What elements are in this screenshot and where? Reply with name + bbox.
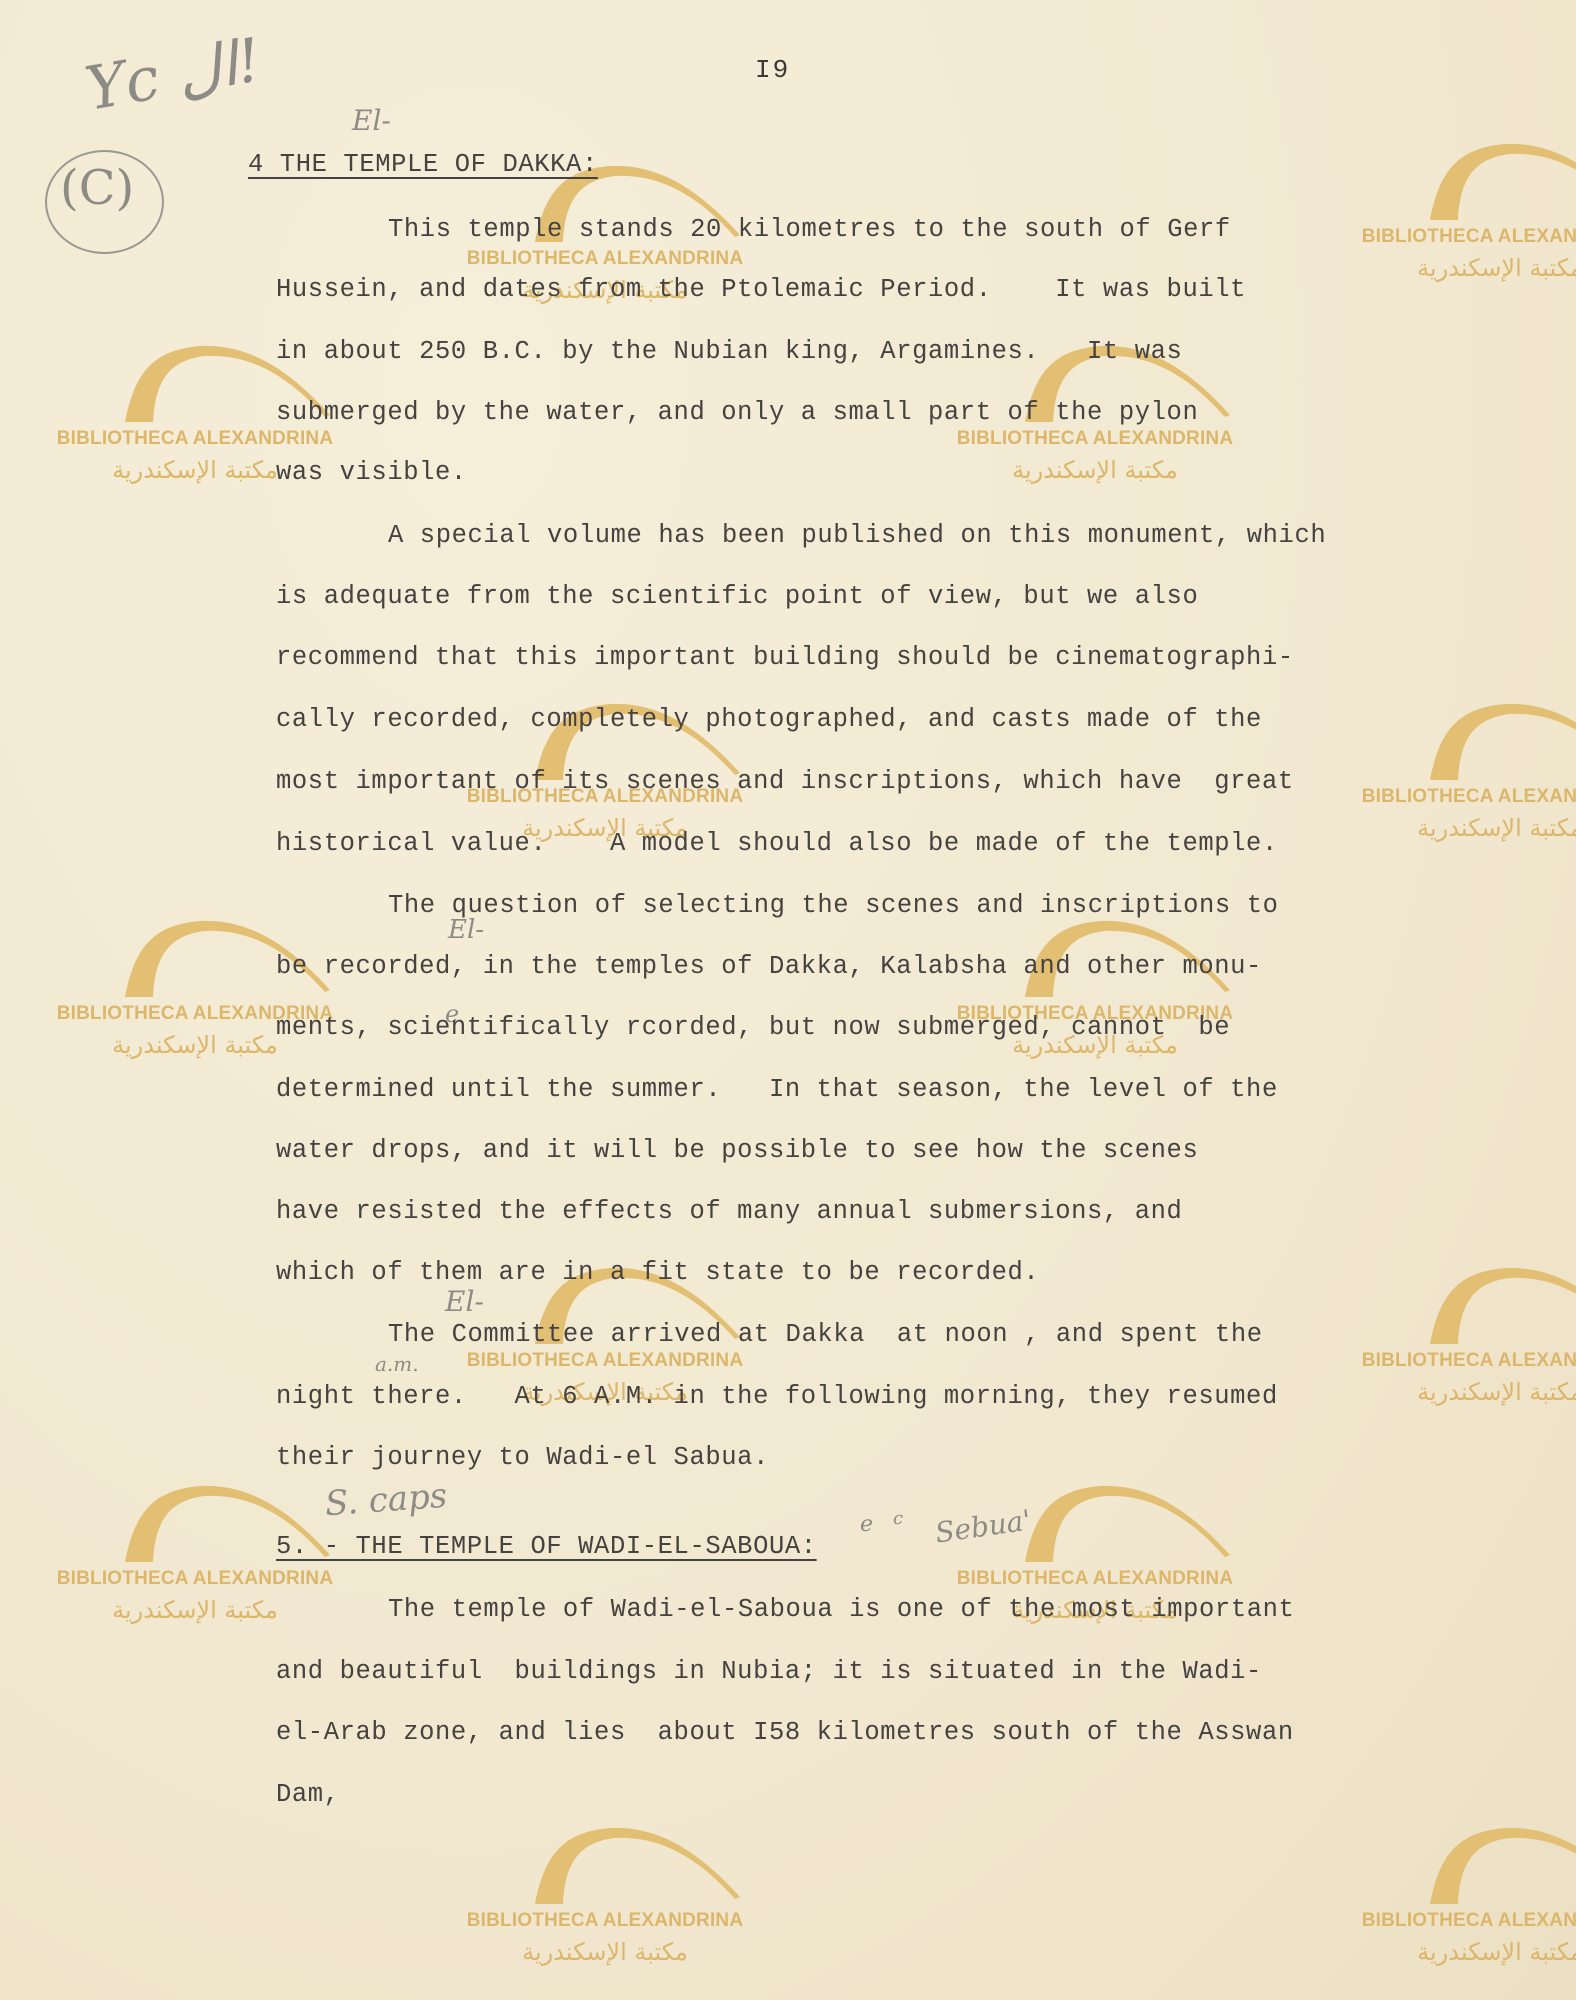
el-insert-heading: El- (352, 104, 391, 137)
watermark-label-ar: مكتبة الإسكندرية (1290, 254, 1576, 282)
text-line: cally recorded, completely photographed,… (276, 705, 1262, 734)
text-line: determined until the summer. In that sea… (276, 1075, 1278, 1104)
watermark-label-en: BIBLIOTHECA ALEXANDRINA (1290, 786, 1576, 808)
text-line: The temple of Wadi-el-Saboua is one of t… (388, 1595, 1294, 1624)
text-line: This temple stands 20 kilometres to the … (388, 215, 1231, 244)
text-line: have resisted the effects of many annual… (276, 1197, 1182, 1226)
sebua-note: Sebua' (933, 1503, 1033, 1549)
watermark-label-en: BIBLIOTHECA ALEXANDRINA (885, 428, 1305, 450)
section-heading: 4 THE TEMPLE OF DAKKA: (248, 150, 598, 179)
watermark-label-en: BIBLIOTHECA ALEXANDRINA (885, 1568, 1305, 1590)
text-line: ments, scientifically rcorded, but now s… (276, 1013, 1230, 1042)
arc-swoosh-logo-icon (1290, 1792, 1576, 1912)
text-line: night there. At 6 A.M. in the following … (276, 1382, 1278, 1411)
top-left-scribble: Yc ال! (80, 25, 266, 125)
text-line: el-Arab zone, and lies about I58 kilomet… (276, 1718, 1294, 1747)
text-line: most important of its scenes and inscrip… (276, 767, 1294, 796)
text-line: water drops, and it will be possible to … (276, 1136, 1198, 1165)
text-line: was visible. (276, 458, 467, 487)
watermark-label-ar: مكتبة الإسكندرية (1290, 1378, 1576, 1406)
text-line: in about 250 B.C. by the Nubian king, Ar… (276, 337, 1182, 366)
watermark: BIBLIOTHECA ALEXANDRINA مكتبة الإسكندرية (0, 885, 405, 1085)
text-line: Dam, (276, 1780, 340, 1809)
watermark-label-en: BIBLIOTHECA ALEXANDRINA (395, 1350, 815, 1372)
el-insert-committee-line: El- (445, 1285, 484, 1318)
text-line: and beautiful buildings in Nubia; it is … (276, 1657, 1262, 1686)
text-line: which of them are in a fit state to be r… (276, 1258, 1039, 1287)
watermark-label-ar: مكتبة الإسكندرية (1290, 814, 1576, 842)
s-caps-note: S. caps (324, 1476, 449, 1524)
watermark-label-ar: مكتبة الإسكندرية (0, 1596, 405, 1624)
watermark-label-ar: مكتبة الإسكندرية (885, 456, 1305, 484)
watermark-label-en: BIBLIOTHECA ALEXANDRINA (395, 1910, 815, 1932)
watermark: BIBLIOTHECA ALEXANDRINA مكتبة الإسكندرية (1290, 668, 1576, 868)
arc-swoosh-logo-icon (885, 1450, 1305, 1570)
text-line: The Committee arrived at Dakka at noon ,… (388, 1320, 1263, 1349)
watermark-label-en: BIBLIOTHECA ALEXANDRINA (395, 248, 815, 270)
page-number: I9 (755, 55, 790, 85)
text-line: The question of selecting the scenes and… (388, 891, 1279, 920)
watermark-label-ar: مكتبة الإسكندرية (1290, 1938, 1576, 1966)
watermark-label-ar: مكتبة الإسكندرية (395, 1938, 815, 1966)
text-line: A special volume has been published on t… (388, 521, 1326, 550)
text-line: is adequate from the scientific point of… (276, 582, 1198, 611)
text-line: submerged by the water, and only a small… (276, 398, 1198, 427)
watermark: BIBLIOTHECA ALEXANDRINA مكتبة الإسكندرية (395, 1792, 815, 1992)
arc-swoosh-logo-icon (1290, 668, 1576, 788)
text-line: their journey to Wadi-el Sabua. (276, 1443, 769, 1472)
arc-swoosh-logo-icon (1290, 1232, 1576, 1352)
watermark: BIBLIOTHECA ALEXANDRINA مكتبة الإسكندرية (1290, 108, 1576, 308)
watermark-label-en: BIBLIOTHECA ALEXANDRINA (0, 428, 405, 450)
arc-swoosh-logo-icon (0, 885, 405, 1005)
watermark: BIBLIOTHECA ALEXANDRINA مكتبة الإسكندرية (1290, 1792, 1576, 1992)
arc-swoosh-logo-icon (395, 1792, 815, 1912)
watermark-label-en: BIBLIOTHECA ALEXANDRINA (1290, 1910, 1576, 1932)
e-mark-1: e (860, 1512, 873, 1537)
am-note: a.m. (375, 1352, 419, 1376)
c-mark: c (893, 1508, 903, 1529)
text-line: be recorded, in the temples of Dakka, Ka… (276, 952, 1262, 981)
text-line: Hussein, and dates from the Ptolemaic Pe… (276, 275, 1246, 304)
text-line: historical value. A model should also be… (276, 829, 1278, 858)
arc-swoosh-logo-icon (1290, 108, 1576, 228)
section-heading: 5. - THE TEMPLE OF WADI-EL-SABOUA: (276, 1532, 817, 1561)
watermark-label-en: BIBLIOTHECA ALEXANDRINA (1290, 226, 1576, 248)
watermark-label-en: BIBLIOTHECA ALEXANDRINA (1290, 1350, 1576, 1372)
text-line: recommend that this important building s… (276, 643, 1294, 672)
circled-letter: (C) (60, 160, 134, 216)
watermark: BIBLIOTHECA ALEXANDRINA مكتبة الإسكندرية (1290, 1232, 1576, 1432)
watermark-label-en: BIBLIOTHECA ALEXANDRINA (0, 1568, 405, 1590)
